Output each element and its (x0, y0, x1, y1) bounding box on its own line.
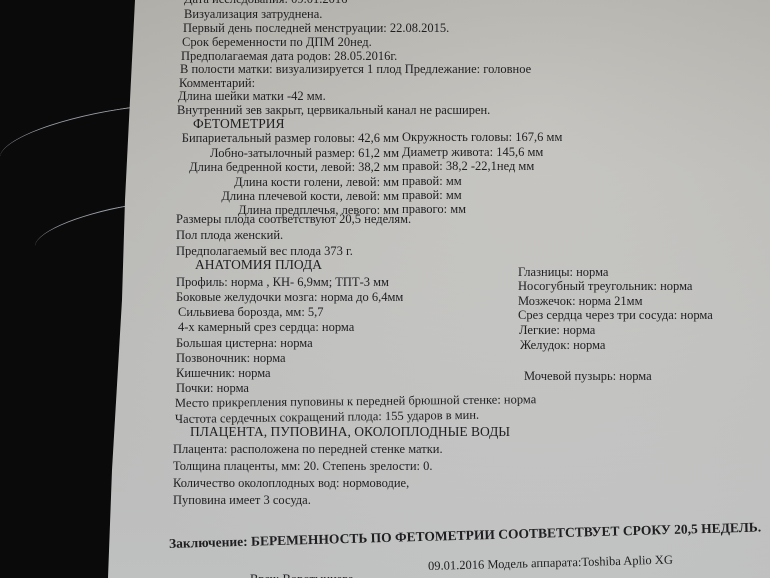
conclusion-text: БЕРЕМЕННОСТЬ ПО ФЕТОМЕТРИИ СООТВЕТСТВУЕТ… (251, 519, 761, 548)
anatomy-heading: АНАТОМИЯ ПЛОДА (195, 258, 322, 272)
fetal-sex: Пол плода женский. (176, 228, 283, 242)
exam-date: Дата исследования: 09.01.2016 (184, 0, 347, 6)
anatomy-item: Сильвиева борозда, мм: 5,7 (178, 305, 324, 319)
fetometry-right: правой: мм (402, 174, 462, 188)
anatomy-item: Почки: норма (176, 381, 249, 395)
fetal-size-summary: Размеры плода соответствуют 20,5 неделям… (176, 212, 411, 226)
fetometry-right: правой: мм (402, 188, 462, 202)
anatomy-item: 4-х камерный срез сердца: норма (178, 320, 354, 334)
conclusion: Заключение: БЕРЕМЕННОСТЬ ПО ФЕТОМЕТРИИ С… (169, 520, 761, 551)
fetometry-left: Длина кости голени, левой: мм (234, 175, 399, 189)
anatomy-item: Боковые желудочки мозга: норма до 6,4мм (176, 290, 403, 304)
umbilical-attachment: Место прикрепления пуповины к передней б… (175, 392, 536, 410)
fetometry-left: Бипариетальный размер головы: 42,6 мм (182, 131, 399, 145)
anatomy-item: Легкие: норма (519, 323, 595, 337)
anatomy-item: Мочевой пузырь: норма (524, 369, 652, 383)
cervix-length: Длина шейки матки -42 мм. (178, 89, 326, 103)
placenta-line: Пуповина имеет 3 сосуда. (173, 493, 311, 507)
fetometry-left: Лобно-затылочный размер: 61,2 мм (210, 146, 399, 160)
anatomy-item: Кишечник: норма (176, 366, 271, 380)
placenta-line: Толщина плаценты, мм: 20. Степень зрелос… (173, 459, 433, 473)
anatomy-item: Носогубный треугольник: норма (518, 279, 692, 293)
exam-date-device: 09.01.2016 Модель аппарата:Toshiba Aplio… (428, 553, 673, 573)
doctor-name: Врач: Воротынцева (250, 572, 354, 578)
anatomy-item: Большая цистерна: норма (176, 336, 313, 350)
anatomy-item: Мозжечок: норма 21мм (518, 294, 643, 308)
cervix-state: Внутренний зев закрыт, цервикальный кана… (177, 103, 490, 117)
anatomy-item: Желудок: норма (520, 338, 605, 352)
last-period-date: Первый день последней менструации: 22.08… (183, 21, 449, 35)
placenta-heading: ПЛАЦЕНТА, ПУПОВИНА, ОКОЛОПЛОДНЫЕ ВОДЫ (190, 425, 510, 439)
comment-label: Комментарий: (179, 76, 255, 90)
fetal-weight: Предполагаемый вес плода 373 г. (176, 244, 353, 258)
due-date: Предполагаемая дата родов: 28.05.2016г. (181, 49, 397, 63)
anatomy-item: Срез сердца через три сосуда: норма (518, 308, 713, 322)
placenta-line: Количество околоплодных вод: нормоводие, (173, 476, 409, 490)
ultrasound-report: Дата исследования: 09.01.2016 Визуализац… (0, 0, 770, 578)
fetometry-right: Окружность головы: 167,6 мм (402, 130, 562, 144)
anatomy-item: Глазницы: норма (518, 265, 608, 279)
placenta-line: Плацента: расположена по передней стенке… (173, 442, 443, 456)
fetometry-right: правого: мм (402, 202, 466, 216)
anatomy-item: Позвоночник: норма (176, 351, 286, 365)
fetometry-right: правой: 38,2 -22,1нед мм (402, 159, 534, 173)
gestational-age-lmp: Срок беременности по ДПМ 20нед. (182, 35, 372, 49)
fetometry-right: Диаметр живота: 145,6 мм (402, 145, 543, 159)
uterus-cavity: В полости матки: визуализируется 1 плод … (180, 62, 531, 76)
fetometry-left: Длина бедренной кости, левой: 38,2 мм (189, 160, 399, 174)
conclusion-label: Заключение: (169, 534, 248, 551)
fetometry-left: Длина плечевой кости, левой: мм (221, 189, 399, 203)
fetometry-heading: ФЕТОМЕТРИЯ (193, 117, 285, 131)
anatomy-item: Профиль: норма , КН- 6,9мм; ТПТ-3 мм (176, 275, 389, 289)
visualization-note: Визуализация затруднена. (184, 7, 322, 21)
